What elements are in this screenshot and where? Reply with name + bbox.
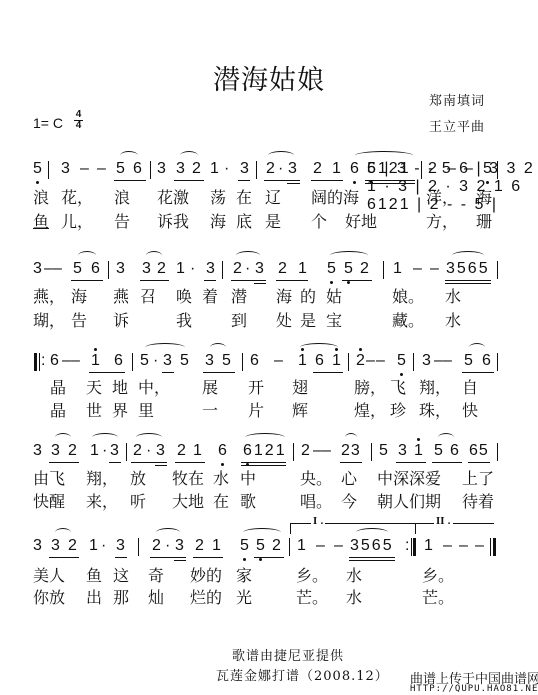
note: 1 [393,260,402,278]
footer-transcriber: 瓦莲金娜打谱（2008.12） [216,665,389,684]
note-group-3565: 3565 [350,537,394,555]
lyric: 姑 [326,288,342,306]
repeat-start [34,353,37,371]
lyric: 快醒 [33,493,65,511]
lyric: 芒。 [296,589,328,607]
note: 5 [327,260,336,278]
note: 3 [110,442,119,460]
dash: – [434,352,443,370]
dash: – [80,160,89,178]
note-group-65: 65 [469,442,489,460]
note: 6 [350,160,359,178]
lyric: 处 [276,312,292,330]
lyric: 朝人们期 [377,493,441,511]
dash: – [413,260,422,278]
lyric: 晶 [50,402,66,420]
lyric: 开 [248,379,264,397]
lyric: 煌， [354,402,386,420]
lyric: 海 [210,213,226,231]
lyric: 中， [138,379,170,397]
dash: – [459,537,468,555]
note: 1 [212,537,221,555]
lyric: 在 [236,189,252,207]
lyric: 世 [86,402,102,420]
note: 2 [360,260,369,278]
note: 3 [288,160,297,178]
lyric: 到 [231,312,247,330]
lyric: 你放 [33,589,65,607]
note: 2 [428,160,437,178]
note: 1 [193,442,202,460]
lyric: 花， [61,189,93,207]
lyric: 放 [130,470,146,488]
note: 2 [356,352,365,370]
barline [497,261,498,279]
barline [289,538,290,556]
barline [293,443,294,461]
barline [413,353,414,371]
note: 2 [195,537,204,555]
barline [383,261,384,279]
lyric: 烂的 [190,589,222,607]
lyric: 天 [86,379,102,397]
note: 2 [266,160,275,178]
note: 5 [483,160,492,178]
lyric: 珊 [476,213,492,231]
note: 1 [210,160,219,178]
lyric: 告 [71,312,87,330]
dot: · [101,537,106,555]
note: 3 [116,260,125,278]
barline [48,161,49,179]
lyric: 宝 [326,312,342,330]
note: 6 [50,352,59,370]
barline [242,353,243,371]
time-signature: 4 4 [74,110,83,131]
lyric: 洋， [426,189,458,207]
lyric: 水 [445,288,461,306]
note: 1 [298,352,307,370]
barline [126,443,127,461]
note: 6 [114,352,123,370]
lyric: 光 [236,589,252,607]
dash: – [443,352,452,370]
barline [132,353,133,371]
barline [421,161,422,179]
volta-second-ending: II . [415,523,494,534]
note: 6 [91,260,100,278]
dot: · [146,442,151,460]
lyric: 这 [113,567,129,585]
lyric: 鱼 [86,567,102,585]
dash: – [97,160,106,178]
dash: – [475,537,484,555]
lyric: 好地 [345,213,377,231]
note: 6 [218,442,227,460]
note: 3 [176,160,185,178]
note: 2 [157,260,166,278]
note: 3 [240,160,249,178]
dot: · [153,352,158,370]
note: 5 [344,260,353,278]
lyric: 我 [176,312,192,330]
lyric: 翔， [86,470,118,488]
note: 5 [222,352,231,370]
lyric: 膀， [354,379,386,397]
lyric: 快 [462,402,478,420]
lyric: 浪 [33,189,49,207]
lyric: 展 [202,379,218,397]
note: 2 [301,442,310,460]
note: 6 [450,442,459,460]
note: 5 [240,537,249,555]
note: 3 [205,352,214,370]
lyric: 飞 [390,379,406,397]
lyric: 珠， [419,402,451,420]
lyric: 潜 [231,288,247,306]
dash: – [430,260,439,278]
lyric: 里 [138,402,154,420]
note: 3 [206,260,215,278]
lyric: 燕 [113,288,129,306]
note: 5 [256,537,265,555]
dash: – [313,442,322,460]
lyric: 在 [213,493,229,511]
note: 3 [422,352,431,370]
dash: – [443,537,452,555]
dot: · [245,260,250,278]
lyric: 出 [86,589,102,607]
lyric: 乡。 [422,567,454,585]
watermark-url: HTTP://QUPU.HAO81.NET [410,684,538,694]
lyric: 燕， [33,288,65,306]
dash: – [62,352,71,370]
barline [497,443,498,461]
dash: – [274,352,283,370]
dash: – [376,352,385,370]
note: 6 [482,352,491,370]
note: 2 [177,442,186,460]
lyric: 藏。 [392,312,424,330]
lyric: 的 [300,288,316,306]
note: 1 [332,160,341,178]
note: 2 [152,537,161,555]
lyric: 海 [476,189,492,207]
note: 2 [68,442,77,460]
lyric: 诉 [113,312,129,330]
lyric: 荡 [210,189,226,207]
note: 3 [157,160,166,178]
score-row-3: : 6 – – 1 6 5 · 3 5 3 5 6 – 1 6 1 2 – – … [0,352,538,442]
lyric: 辽 [265,189,281,207]
time-signature-bottom: 4 [76,120,82,131]
lyric: 诉我 [157,213,189,231]
lyric: 翔， [419,379,451,397]
repeat-colon: : [405,537,409,555]
note: 1 [332,352,341,370]
score-row-1: 5 3 – – 5 6 3 3 2 1 · 3 2 · 3 2 1 6 5 | … [0,160,538,250]
lyric: 水 [445,312,461,330]
note: 3 [33,260,42,278]
lyric: 方， [426,213,458,231]
note: 3 [51,537,60,555]
lyric: 片 [248,402,264,420]
dash: – [447,160,456,178]
lyric: 一 [202,402,218,420]
lyric: 阔的海 [311,189,359,207]
lyric: 听 [130,493,146,511]
note: 3 [156,442,165,460]
repeat-colon: : [41,352,45,370]
lyric: 今 [341,493,357,511]
lyric: 瑚， [33,312,65,330]
note: 2 [272,537,281,555]
note: 2 [68,537,77,555]
note: 5 [180,352,189,370]
note: 3 [116,537,125,555]
lyric: 芒。 [422,589,454,607]
lyric: 奇 [148,567,164,585]
lyric: 美人 [33,567,65,585]
lyric: 界 [112,402,128,420]
lyric: 儿， [61,213,93,231]
barline [138,538,139,556]
key-signature: 1= C [33,115,63,131]
barline [150,161,151,179]
dash: – [322,442,331,460]
note: 1 [176,260,185,278]
note: 5 [33,160,42,178]
note: 5 [140,352,149,370]
note: 6 [315,352,324,370]
lyric: 辉 [292,402,308,420]
note: 3 [142,260,151,278]
lyric: 翅 [292,379,308,397]
lyric: 娘。 [392,288,424,306]
note: 2 [278,260,287,278]
lyric: 妙的 [190,567,222,585]
footer-provider: 歌谱由捷尼亚提供 [232,645,344,664]
dot: · [278,160,283,178]
note-group-6121: 6121 [243,442,287,460]
lyric: 上了 [462,470,494,488]
final-barline [490,538,491,556]
note: 6 [250,352,259,370]
dot: · [165,537,170,555]
lyric: 是 [265,213,281,231]
note: 3 [61,160,70,178]
barline [497,353,498,371]
note: 3 [175,537,184,555]
note-group-6121: 6121 [367,160,411,178]
lyric: 是 [300,312,316,330]
volta-label-1: I . [311,517,325,527]
composer-credit: 王立平曲 [429,116,485,135]
note: 3 [51,442,60,460]
lyric: 中 [240,470,256,488]
note: 2 [133,442,142,460]
lyric: 花激 [157,189,189,207]
note: 1 [424,537,433,555]
lyric: 大地 [172,493,204,511]
repeat-end [411,538,412,556]
note: 5 [464,352,473,370]
lyric: 央。 [300,470,332,488]
note: 2 [233,260,242,278]
barline [256,161,257,179]
lyric: 家 [236,567,252,585]
lyric: 待着 [462,493,494,511]
dot: · [224,160,229,178]
lyric: 乡。 [296,567,328,585]
dash: – [366,352,375,370]
lyric: 召 [140,288,156,306]
lyric: 鱼 [33,213,49,231]
lyric: 灿 [148,589,164,607]
score-row-4: 3 3 2 1 · 3 2 · 3 2 1 6 6121 2 – – 23 5 … [0,442,538,532]
note: 3 [255,260,264,278]
score-row-2: 3 – – 5 6 3 3 2 1 · 3 2 · 3 2 1 5 5 2 1 … [0,260,538,350]
note: 3 [33,442,42,460]
lyric: 着 [202,288,218,306]
lyric: 珍 [390,402,406,420]
lyric: 告 [114,213,130,231]
lyric: 水 [213,470,229,488]
lyric: 底 [236,213,252,231]
lyric: 个 [311,213,327,231]
lyric: 晶 [50,379,66,397]
note: 5 [397,352,406,370]
note: 5 [379,442,388,460]
barline [108,261,109,279]
note-group-3565: 3565 [446,260,490,278]
lyric: 地 [112,379,128,397]
lyric: 来， [86,493,118,511]
note: 1 [298,260,307,278]
note: 3 [398,442,407,460]
lyric: 中深深爱 [377,470,441,488]
note: 5 [73,260,82,278]
barline [497,161,498,179]
note: 1 [414,442,423,460]
note-group-23: 23 [341,442,361,460]
barline [222,261,223,279]
dash: – [44,260,53,278]
note: 3 [33,537,42,555]
lyric: 唤 [176,288,192,306]
lyric: 海 [71,288,87,306]
barline [371,443,372,461]
lyric: 那 [113,589,129,607]
note: 1 [91,352,100,370]
note: 2 [192,160,201,178]
note: 5 [434,442,443,460]
note: 1 [297,537,306,555]
lyric: 心 [341,470,357,488]
dash: – [53,260,62,278]
time-signature-top: 4 [76,109,82,120]
dash: – [334,537,343,555]
note: 5 [116,160,125,178]
score-row-5: 3 3 2 1 · 3 2 · 3 2 1 5 5 2 I . 1 – – 35… [0,537,538,627]
dot: · [102,442,107,460]
volta-label-2: II . [434,517,453,527]
note: 6 [133,160,142,178]
lyric: 唱。 [300,493,332,511]
lyricist-credit: 郑南填词 [429,90,485,109]
lyric: 由飞 [33,470,65,488]
lyric: 自 [462,379,478,397]
dot: · [190,260,195,278]
note: 1 [90,442,99,460]
dash: – [71,352,80,370]
lyric: 海 [276,288,292,306]
note: 3 [163,352,172,370]
dash: – [464,160,473,178]
note: 2 [313,160,322,178]
lyric: 浪 [114,189,130,207]
lyric: 歌 [240,493,256,511]
note: 1 [89,537,98,555]
lyric: 牧在 [172,470,204,488]
lyric: 水 [346,567,362,585]
barline [348,353,349,371]
lyric: 水 [346,589,362,607]
dash: – [316,537,325,555]
